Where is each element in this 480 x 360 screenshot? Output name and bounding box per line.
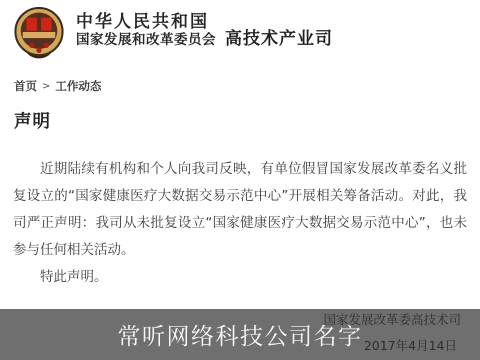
article-body: 近期陆续有机构和个人向我司反映，有单位假冒国家发展改革委名义批复设立的“国家健康…	[13, 156, 467, 291]
breadcrumb-current-link[interactable]: 工作动态	[55, 78, 101, 94]
org-name-line1: 中华人民共和国	[76, 13, 216, 31]
org-name-line2: 国家发展和改革委员会	[76, 32, 216, 48]
national-emblem-icon	[13, 7, 65, 61]
department-title: 高技术产业司	[225, 24, 333, 49]
overlay-caption: 常听网络科技公司名字	[0, 318, 480, 351]
breadcrumb: 首页 > 工作动态	[14, 78, 101, 94]
article-title: 声明	[14, 108, 51, 133]
org-name-block: 中华人民共和国 国家发展和改革委员会	[76, 13, 216, 48]
article-closing-line: 特此声明。	[13, 264, 467, 291]
page: 中华人民共和国 国家发展和改革委员会 高技术产业司 首页 > 工作动态 声明 近…	[0, 0, 480, 360]
article-paragraph: 近期陆续有机构和个人向我司反映，有单位假冒国家发展改革委名义批复设立的“国家健康…	[13, 156, 467, 264]
breadcrumb-separator-icon: >	[42, 81, 50, 92]
breadcrumb-home-link[interactable]: 首页	[14, 78, 37, 94]
site-header: 中华人民共和国 国家发展和改革委员会 高技术产业司	[13, 7, 333, 61]
